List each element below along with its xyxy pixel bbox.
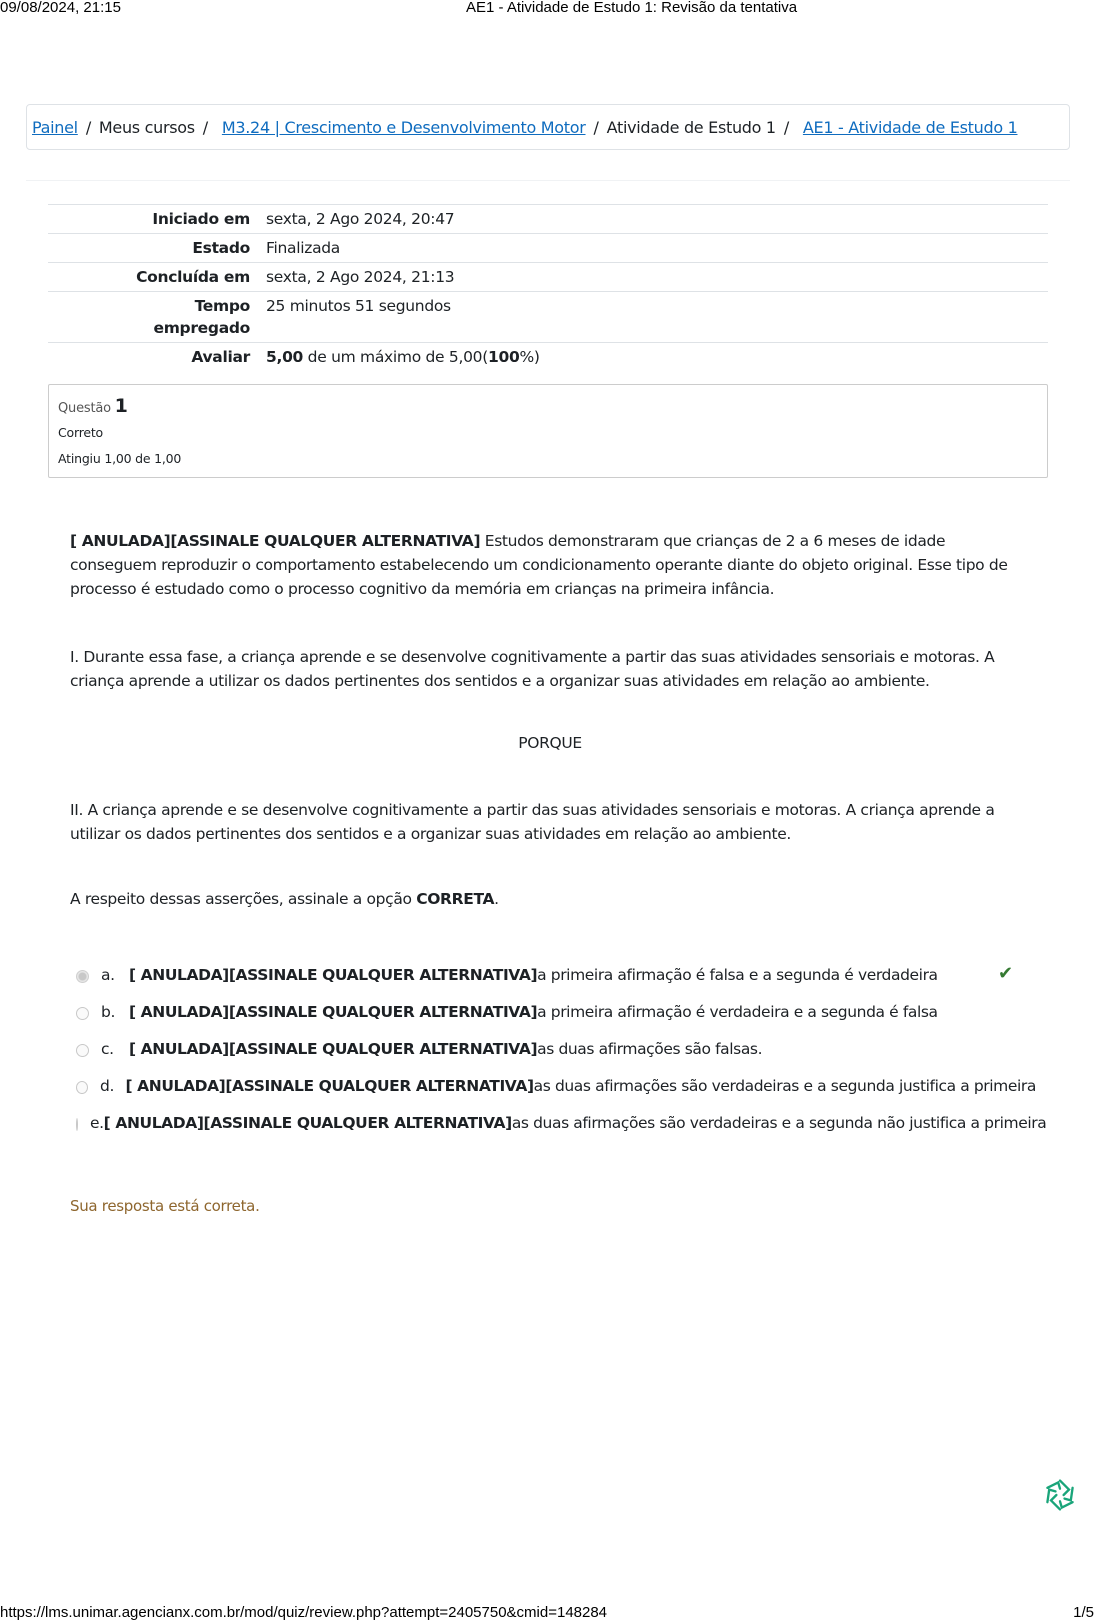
answer-options: a. [ ANULADA][ASSINALE QUALQUER ALTERNAT… bbox=[76, 966, 1036, 1151]
breadcrumb-meus-cursos: Meus cursos bbox=[99, 118, 195, 137]
question-number: Questão 1 bbox=[58, 395, 1038, 417]
summary-value: sexta, 2 Ago 2024, 20:47 bbox=[258, 205, 1048, 234]
summary-row-grade: Avaliar 5,00 de um máximo de 5,00(100%) bbox=[48, 343, 1048, 372]
grade-score: 5,00 bbox=[266, 348, 303, 366]
question-number-value: 1 bbox=[115, 395, 128, 417]
summary-label: Concluída em bbox=[48, 263, 258, 292]
summary-label: Iniciado em bbox=[48, 205, 258, 234]
annulled-tag: [ ANULADA][ASSINALE QUALQUER ALTERNATIVA… bbox=[70, 532, 480, 550]
answer-prefix: [ ANULADA][ASSINALE QUALQUER ALTERNATIVA… bbox=[129, 966, 537, 984]
answer-prefix: [ ANULADA][ASSINALE QUALQUER ALTERNATIVA… bbox=[129, 1003, 537, 1021]
radio[interactable] bbox=[76, 1044, 89, 1057]
answer-prefix: [ ANULADA][ASSINALE QUALQUER ALTERNATIVA… bbox=[104, 1114, 512, 1132]
breadcrumb: Painel / Meus cursos / M3.24 | Crescimen… bbox=[26, 104, 1070, 150]
answer-letter: d. bbox=[100, 1077, 125, 1095]
breadcrumb-separator: / bbox=[594, 118, 599, 137]
summary-value: 5,00 de um máximo de 5,00(100%) bbox=[258, 343, 1048, 372]
grade-text: de um máximo de 5,00( bbox=[303, 348, 488, 366]
answer-text: a primeira afirmação é falsa e a segunda… bbox=[537, 966, 938, 984]
summary-row-state: Estado Finalizada bbox=[48, 234, 1048, 263]
summary-row-completed: Concluída em sexta, 2 Ago 2024, 21:13 bbox=[48, 263, 1048, 292]
answer-letter: e. bbox=[90, 1114, 104, 1132]
answer-option-e[interactable]: e. [ ANULADA][ASSINALE QUALQUER ALTERNAT… bbox=[76, 1114, 1036, 1151]
summary-value: Finalizada bbox=[258, 234, 1048, 263]
connector: PORQUE bbox=[70, 731, 1030, 755]
grade-text-end: %) bbox=[519, 348, 539, 366]
assertion-2: II. A criança aprende e se desenvolve co… bbox=[70, 798, 1030, 846]
answer-option-c[interactable]: c. [ ANULADA][ASSINALE QUALQUER ALTERNAT… bbox=[76, 1040, 1036, 1077]
assertion-1: I. Durante essa fase, a criança aprende … bbox=[70, 645, 1030, 693]
answer-prefix: [ ANULADA][ASSINALE QUALQUER ALTERNATIVA… bbox=[129, 1040, 537, 1058]
radio[interactable] bbox=[76, 1118, 78, 1131]
answer-option-b[interactable]: b. [ ANULADA][ASSINALE QUALQUER ALTERNAT… bbox=[76, 1003, 1036, 1040]
print-date: 09/08/2024, 21:15 bbox=[0, 0, 121, 16]
prompt-bold: CORRETA bbox=[416, 890, 494, 908]
flower-knot-logo-icon[interactable] bbox=[1042, 1477, 1078, 1513]
answer-text: a primeira afirmação é verdadeira e a se… bbox=[537, 1003, 938, 1021]
summary-row-started: Iniciado em sexta, 2 Ago 2024, 20:47 bbox=[48, 205, 1048, 234]
prompt-end: . bbox=[494, 890, 499, 908]
breadcrumb-separator: / bbox=[784, 118, 789, 137]
answer-prefix: [ ANULADA][ASSINALE QUALQUER ALTERNATIVA… bbox=[126, 1077, 534, 1095]
summary-value: 25 minutos 51 segundos bbox=[258, 292, 1048, 343]
answer-option-a[interactable]: a. [ ANULADA][ASSINALE QUALQUER ALTERNAT… bbox=[76, 966, 1036, 1003]
check-icon: ✔ bbox=[998, 963, 1013, 984]
summary-label: Estado bbox=[48, 234, 258, 263]
answer-letter: c. bbox=[101, 1040, 129, 1058]
answer-letter: a. bbox=[101, 966, 129, 984]
prompt-text: A respeito dessas asserções, assinale a … bbox=[70, 890, 416, 908]
question-info-box: Questão 1 Correto Atingiu 1,00 de 1,00 bbox=[48, 384, 1048, 478]
breadcrumb-separator: / bbox=[86, 118, 91, 137]
answer-text: as duas afirmações são verdadeiras e a s… bbox=[512, 1114, 1047, 1132]
summary-label: Avaliar bbox=[48, 343, 258, 372]
question-label: Questão bbox=[58, 401, 111, 416]
grade-percent: 100 bbox=[488, 348, 519, 366]
divider bbox=[26, 180, 1070, 181]
attempt-summary-table: Iniciado em sexta, 2 Ago 2024, 20:47 Est… bbox=[48, 204, 1048, 371]
radio-selected[interactable] bbox=[76, 970, 89, 983]
answer-option-d[interactable]: d. [ ANULADA][ASSINALE QUALQUER ALTERNAT… bbox=[76, 1077, 1036, 1114]
summary-label: Tempo empregado bbox=[48, 292, 258, 343]
question-grade: Atingiu 1,00 de 1,00 bbox=[58, 451, 1038, 466]
feedback-message: Sua resposta está correta. bbox=[70, 1197, 260, 1215]
radio[interactable] bbox=[76, 1007, 89, 1020]
summary-value: sexta, 2 Ago 2024, 21:13 bbox=[258, 263, 1048, 292]
question-intro: [ ANULADA][ASSINALE QUALQUER ALTERNATIVA… bbox=[70, 529, 1030, 601]
summary-row-time-taken: Tempo empregado 25 minutos 51 segundos bbox=[48, 292, 1048, 343]
answer-text: as duas afirmações são falsas. bbox=[537, 1040, 762, 1058]
breadcrumb-activity[interactable]: AE1 - Atividade de Estudo 1 bbox=[803, 118, 1018, 137]
page-number: 1/5 bbox=[1073, 1604, 1094, 1621]
question-state: Correto bbox=[58, 425, 1038, 440]
breadcrumb-course[interactable]: M3.24 | Crescimento e Desenvolvimento Mo… bbox=[222, 118, 586, 137]
breadcrumb-separator: / bbox=[203, 118, 208, 137]
print-url: https://lms.unimar.agencianx.com.br/mod/… bbox=[0, 1604, 607, 1621]
answer-letter: b. bbox=[101, 1003, 129, 1021]
answer-text: as duas afirmações são verdadeiras e a s… bbox=[534, 1077, 1036, 1095]
radio[interactable] bbox=[76, 1081, 88, 1094]
print-title: AE1 - Atividade de Estudo 1: Revisão da … bbox=[466, 0, 797, 16]
breadcrumb-section: Atividade de Estudo 1 bbox=[607, 118, 776, 137]
breadcrumb-painel[interactable]: Painel bbox=[32, 118, 78, 137]
question-prompt: A respeito dessas asserções, assinale a … bbox=[70, 887, 1030, 911]
print-header: 09/08/2024, 21:15 AE1 - Atividade de Est… bbox=[0, 0, 1096, 16]
